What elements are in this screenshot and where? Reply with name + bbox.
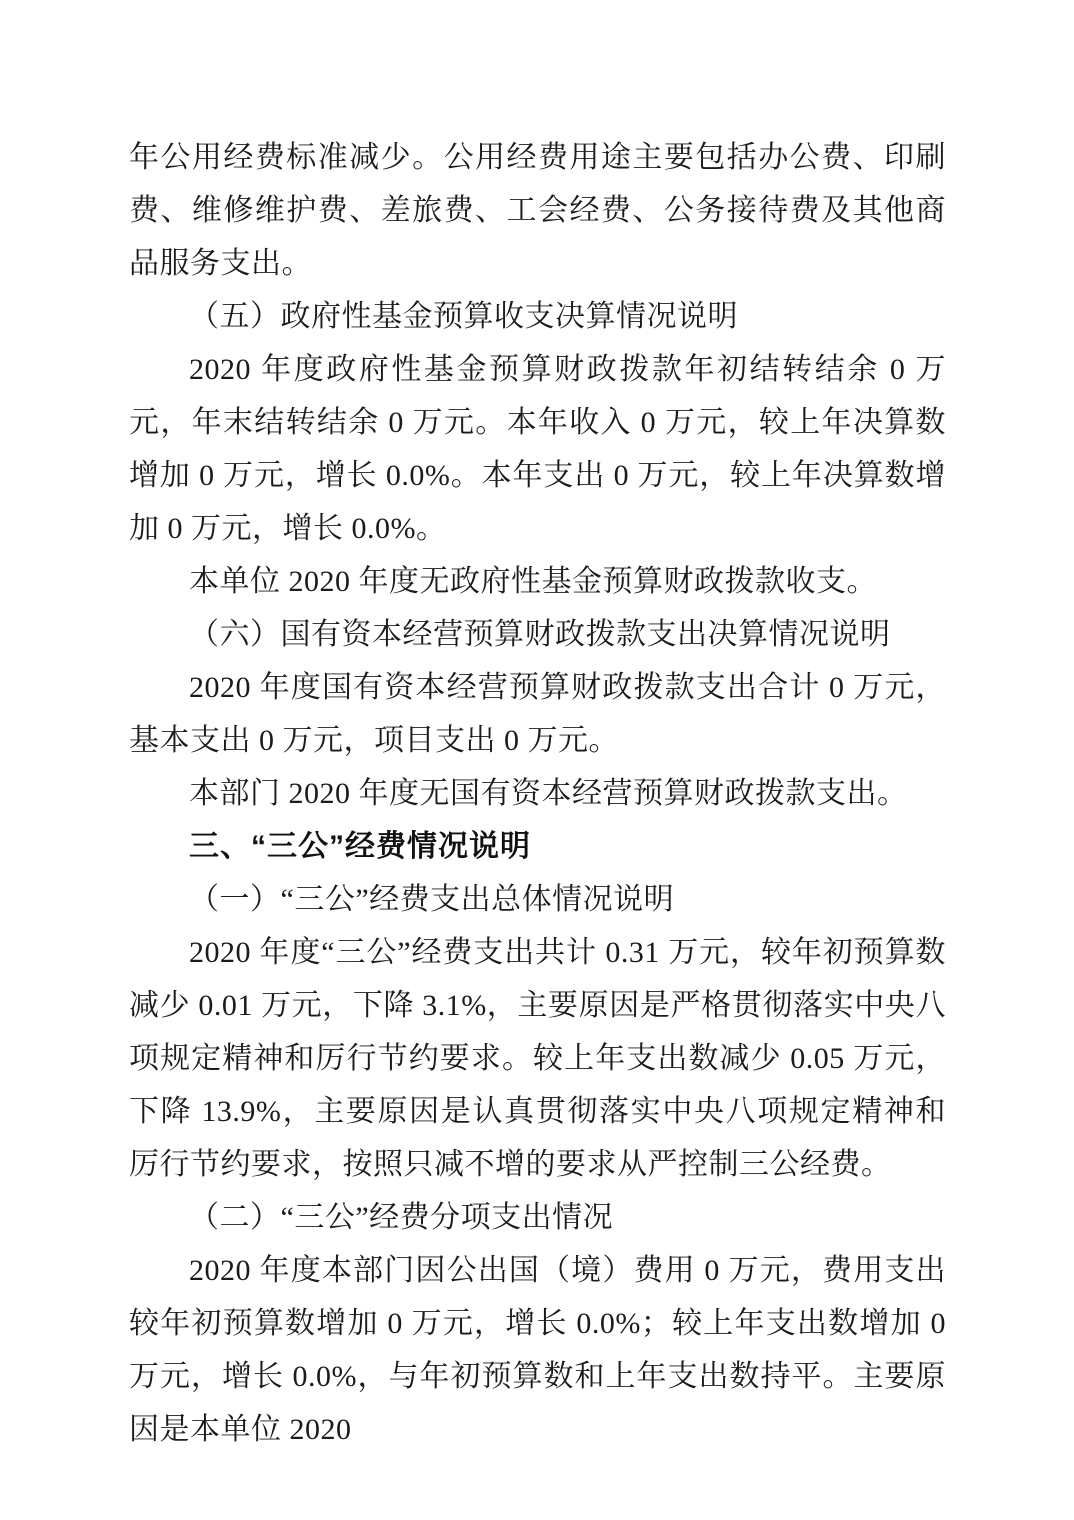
paragraph: 本部门 2020 年度无国有资本经营预算财政拨款支出。 (129, 767, 946, 820)
paragraph: 2020 年度“三公”经费支出共计 0.31 万元，较年初预算数减少 0.01 … (129, 926, 946, 1191)
section-heading: 三、“三公”经费情况说明 (129, 820, 946, 873)
paragraph: （一）“三公”经费支出总体情况说明 (129, 873, 946, 926)
paragraph: 2020 年度本部门因公出国（境）费用 0 万元，费用支出较年初预算数增加 0 … (129, 1244, 946, 1456)
document-page: 年公用经费标准减少。公用经费用途主要包括办公费、印刷费、维修维护费、差旅费、工会… (0, 0, 1074, 1520)
paragraph: 2020 年度国有资本经营预算财政拨款支出合计 0 万元，基本支出 0 万元，项… (129, 661, 946, 767)
paragraph: （六）国有资本经营预算财政拨款支出决算情况说明 (129, 608, 946, 661)
paragraph: 本单位 2020 年度无政府性基金预算财政拨款收支。 (129, 555, 946, 608)
paragraph: （二）“三公”经费分项支出情况 (129, 1191, 946, 1244)
paragraph: 年公用经费标准减少。公用经费用途主要包括办公费、印刷费、维修维护费、差旅费、工会… (129, 131, 946, 290)
document-body: 年公用经费标准减少。公用经费用途主要包括办公费、印刷费、维修维护费、差旅费、工会… (129, 131, 946, 1456)
paragraph: （五）政府性基金预算收支决算情况说明 (129, 290, 946, 343)
paragraph: 2020 年度政府性基金预算财政拨款年初结转结余 0 万元，年末结转结余 0 万… (129, 343, 946, 555)
